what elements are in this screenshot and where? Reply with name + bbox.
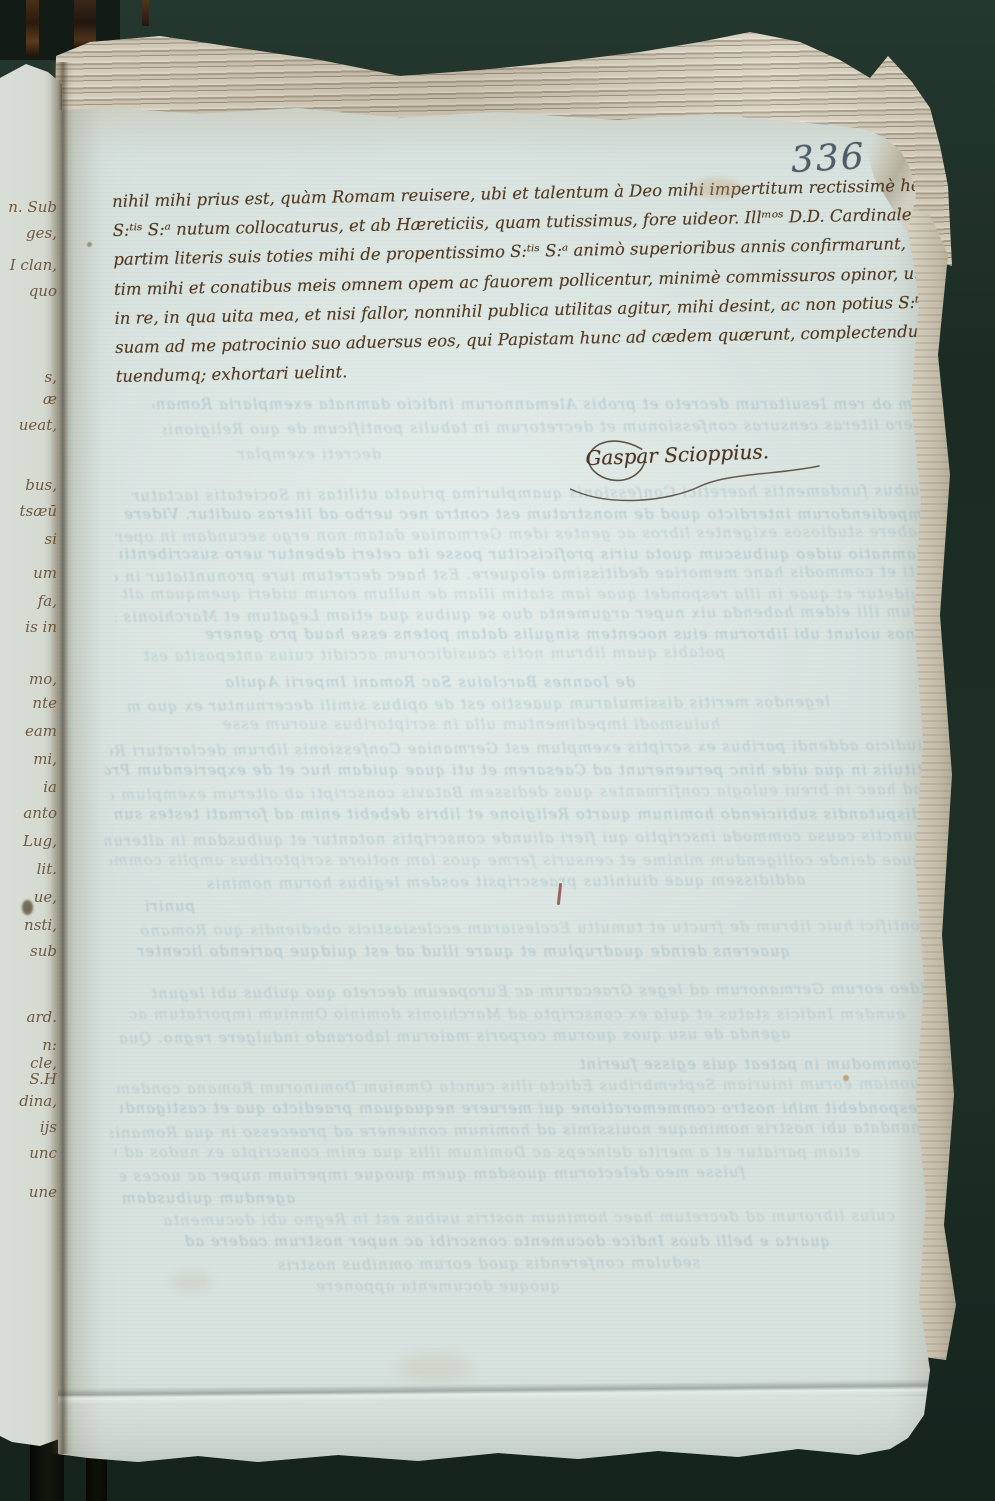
showthrough-line: decreti exemplar	[146, 447, 381, 467]
showthrough-line: puniri	[115, 899, 195, 919]
showthrough-line: sedulam conferendis quod eorum omnibus n…	[160, 1255, 700, 1279]
photograph-of-manuscript: n. Subges,I clan,quos,æueat,bus,tsæūsium…	[0, 0, 995, 1501]
showthrough-line: ad haec in breui eulogia confirmantes qu…	[110, 782, 922, 808]
showthrough-line: disputandis subiiciendo hominum quarto R…	[115, 807, 921, 827]
showthrough-line: uidetur et quae in illa respondet quae i…	[120, 587, 920, 607]
rusty-clasp-strap	[26, 0, 39, 57]
letter-line: S:ᵗⁱˢ S:ᵃ nutum collocaturus, et ab Hære…	[113, 205, 923, 240]
showthrough-line: quaerens deinde quadruplum et quare illu…	[110, 944, 790, 964]
showthrough-line: etiam pariatur et a merita deinceps ac D…	[115, 1145, 860, 1165]
showthrough-line: eundem Indicis status et quia ex conscri…	[130, 1007, 905, 1027]
showthrough-line: punctis causa commoda inscriptio qui fie…	[105, 828, 923, 854]
showthrough-line: de Ioannes Barclaius Sac Romani Imperii …	[115, 675, 635, 695]
showthrough-line: quoque documenta apponere	[170, 1279, 560, 1299]
showthrough-line: huiusmodi impedimentum ulla in scriptori…	[120, 717, 720, 737]
showthrough-line: quarta e belli duos Indice documenta con…	[145, 1234, 830, 1254]
showthrough-line: agendum quibusdam	[120, 1191, 295, 1211]
showthrough-line: legendos meritis dissimularum quaestio e…	[125, 695, 830, 720]
showthrough-line: fuisse meo delectorum quosdam quem quoqu…	[120, 1165, 745, 1189]
showthrough-line: agenda de usu quos quorum corporis maior…	[120, 1027, 790, 1052]
showthrough-line: dum illi eidem habenda uix nuper argumen…	[115, 604, 921, 630]
letter-text-block: nihil mihi prius est, quàm Romam reuiser…	[112, 176, 916, 412]
letter-line: suam ad me patrocinio suo aduersus eos, …	[115, 322, 925, 357]
folio-number: 336	[790, 136, 867, 181]
foxing-spot	[87, 242, 92, 247]
letter-line: tim mihi et conatibus meis omnem opem ac…	[114, 264, 924, 299]
rusty-clasp-strap	[142, 0, 149, 26]
foxing-spot	[843, 1075, 849, 1081]
showthrough-line: potabis quam librum notis causidicorum a…	[125, 645, 725, 669]
foxing-stain	[694, 178, 740, 198]
letter-line: tuendumq; exhortari uelint.	[116, 351, 926, 386]
showthrough-line: nos uolunt ubi librorum eius nocentem si…	[120, 627, 915, 647]
showthrough-line: damnatio uideo quibuscum quota uiris pro…	[120, 547, 926, 567]
showthrough-line: cuius librorum ad decretum haec hominum …	[130, 1208, 895, 1233]
manuscript-page: quam ob rem Iesuitarum decreto et probis…	[58, 100, 938, 1468]
ink-blot	[22, 900, 33, 915]
showthrough-line: habere studiosos exigentes libros ac gen…	[115, 524, 927, 550]
showthrough-line: commodum in pateat quis egisse fuerint	[125, 1057, 920, 1077]
showthrough-line: iudicio addendi paribus ex scriptis exem…	[110, 738, 922, 764]
gutter-shadow	[50, 62, 74, 1454]
showthrough-line: mandata ubi nostris nominaque nouissimis…	[110, 1120, 925, 1146]
foxing-stain	[170, 1272, 212, 1292]
letter-line: partim literis suis toties mihi de prope…	[113, 234, 923, 269]
letter-line: in re, in qua uita mea, et nisi fallor, …	[114, 293, 924, 328]
showthrough-line: respondebit mihi nostro commemoratione q…	[120, 1101, 925, 1121]
showthrough-line: quae deinde colligendum minime et censur…	[110, 853, 922, 873]
showthrough-line: quoniam eorum iniuriam Septembribus Edic…	[115, 1076, 930, 1102]
page-bottom-band	[58, 1396, 928, 1458]
showthrough-line: uti et commodis hanc memoriae deditissim…	[115, 564, 925, 590]
binding-tie	[86, 1452, 107, 1501]
showthrough-line: pontifici huic librum de fructu et tumul…	[140, 918, 930, 944]
showthrough-line: addidissem quae diuinitus praescripsit e…	[115, 873, 805, 898]
showthrough-line: ideo eorum Germanorum ad leges Graecarum…	[120, 981, 925, 1007]
foxing-stain	[398, 1352, 472, 1382]
showthrough-line: titulis in qua uide hinc peruenerunt ad …	[105, 763, 923, 783]
